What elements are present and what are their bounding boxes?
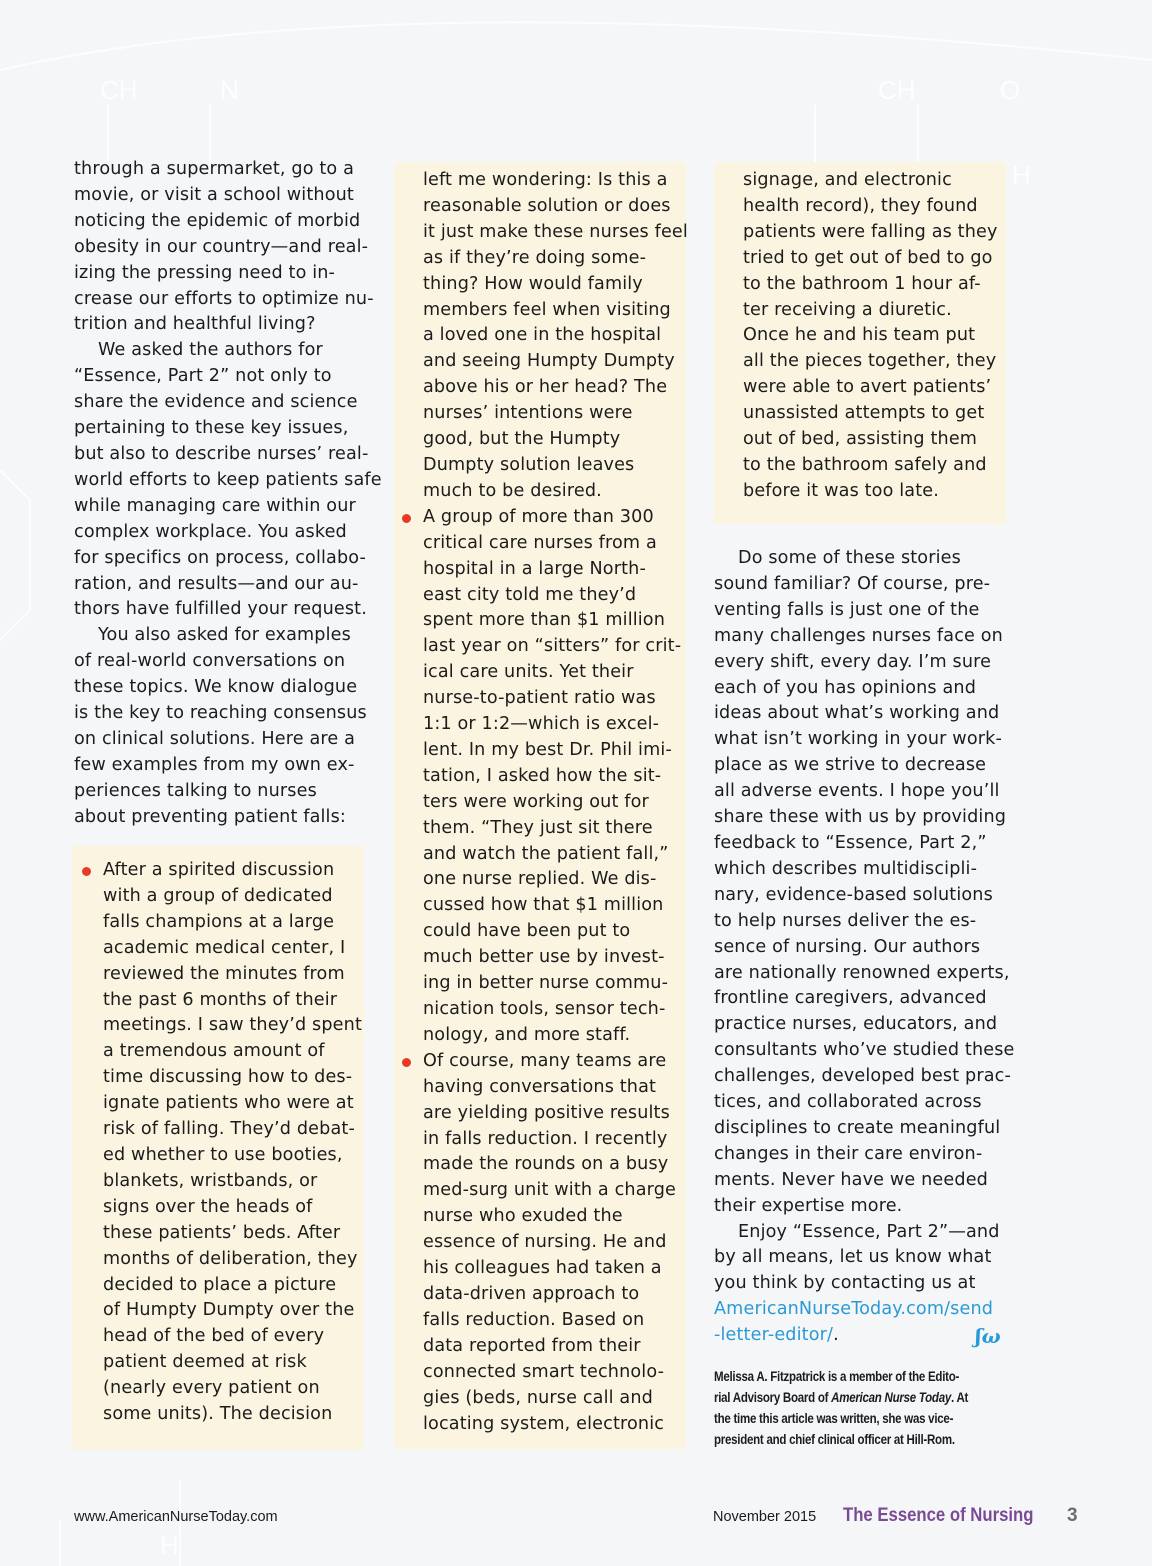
text-line: these topics. We know dialogue bbox=[74, 675, 374, 701]
text-line: complex workplace. You asked bbox=[74, 520, 374, 546]
text-line: meetings. I saw they’d spent bbox=[103, 1013, 363, 1039]
text-line: and seeing Humpty Dumpty bbox=[423, 349, 685, 375]
bullet-item-1: After a spirited discussion with a group… bbox=[103, 858, 363, 1428]
background-label: CH bbox=[100, 75, 138, 106]
text-line: frontline caregivers, advanced bbox=[714, 986, 1014, 1012]
text-line: having conversations that bbox=[423, 1075, 685, 1101]
text-line: one nurse replied. We dis- bbox=[423, 867, 685, 893]
text-line: few examples from my own ex- bbox=[74, 753, 374, 779]
bullet-icon bbox=[82, 867, 91, 876]
text-line: which describes multidiscipli- bbox=[714, 857, 1014, 883]
text-line: nology, and more staff. bbox=[423, 1023, 685, 1049]
text-line: feedback to “Essence, Part 2,” bbox=[714, 831, 1014, 857]
text-line: ration, and results—and our au- bbox=[74, 572, 374, 598]
text-line: nary, evidence-based solutions bbox=[714, 883, 1014, 909]
text-line: every shift, every day. I’m sure bbox=[714, 650, 1014, 676]
text-line: disciplines to create meaningful bbox=[714, 1116, 1014, 1142]
text-line: for specifics on process, collabo- bbox=[74, 546, 374, 572]
text-line: falls reduction. Based on bbox=[423, 1308, 685, 1334]
text-line: After a spirited discussion bbox=[103, 858, 363, 884]
text-line: are yielding positive results bbox=[423, 1101, 685, 1127]
text-line: head of the bed of every bbox=[103, 1324, 363, 1350]
text-line: patient deemed at risk bbox=[103, 1350, 363, 1376]
text-line: Of course, many teams are bbox=[423, 1049, 685, 1075]
text-line: falls champions at a large bbox=[103, 910, 363, 936]
text-line: but also to describe nurses’ real- bbox=[74, 442, 374, 468]
text-line: in falls reduction. I recently bbox=[423, 1127, 685, 1153]
text-line: ical care units. Yet their bbox=[423, 660, 685, 686]
text-line: many challenges nurses face on bbox=[714, 624, 1014, 650]
text-line: changes in their care environ- bbox=[714, 1142, 1014, 1168]
publication-name: American Nurse Today bbox=[831, 1390, 951, 1405]
text-line: noticing the epidemic of morbid bbox=[74, 209, 374, 235]
text-line: spent more than $1 million bbox=[423, 608, 685, 634]
text-line: to help nurses deliver the es- bbox=[714, 909, 1014, 935]
text-line: nurses’ intentions were bbox=[423, 401, 685, 427]
background-label: H bbox=[1012, 160, 1031, 191]
text-line: share these with us by providing bbox=[714, 805, 1014, 831]
text-line: world efforts to keep patients safe bbox=[74, 468, 374, 494]
text-line: to the bathroom 1 hour af- bbox=[743, 272, 1005, 298]
text-line: ters were working out for bbox=[423, 790, 685, 816]
text-line: sound familiar? Of course, pre- bbox=[714, 572, 1014, 598]
text-line: tried to get out of bed to go bbox=[743, 246, 1005, 272]
text-line: nication tools, sensor tech- bbox=[423, 997, 685, 1023]
text-line: members feel when visiting bbox=[423, 298, 685, 324]
text-line: gies (beds, nurse call and bbox=[423, 1386, 685, 1412]
background-label: CH bbox=[878, 75, 916, 106]
text-line: of real-world conversations on bbox=[74, 649, 374, 675]
link-text-line-1[interactable]: AmericanNurseToday.com/send bbox=[714, 1299, 993, 1319]
text-line: the past 6 months of their bbox=[103, 988, 363, 1014]
text-line: all adverse events. I hope you’ll bbox=[714, 779, 1014, 805]
text-line: lent. In my best Dr. Phil imi- bbox=[423, 738, 685, 764]
text-line: unassisted attempts to get bbox=[743, 401, 1005, 427]
text-line: You also asked for examples bbox=[74, 623, 374, 649]
text-line: ter receiving a diuretic. bbox=[743, 298, 1005, 324]
text-line: you think by contacting us at bbox=[714, 1271, 1014, 1297]
column-2-text: left me wondering: Is this a reasonable … bbox=[423, 168, 685, 1437]
text-line: much to be desired. bbox=[423, 479, 685, 505]
text-line: last year on “sitters” for crit- bbox=[423, 634, 685, 660]
text-line: (nearly every patient on bbox=[103, 1376, 363, 1402]
text-line: med-surg unit with a charge bbox=[423, 1178, 685, 1204]
bio-text: . At bbox=[951, 1390, 968, 1405]
text-line: thing? How would family bbox=[423, 272, 685, 298]
text-line: Do some of these stories bbox=[714, 546, 1014, 572]
text-line: share the evidence and science bbox=[74, 390, 374, 416]
text-line: reasonable solution or does bbox=[423, 194, 685, 220]
footer-section-title: The Essence of Nursing bbox=[843, 1505, 1033, 1527]
text-line: 1:1 or 1:2—which is excel- bbox=[423, 712, 685, 738]
text-line: his colleagues had taken a bbox=[423, 1256, 685, 1282]
text-line: a loved one in the hospital bbox=[423, 323, 685, 349]
text-line: ideas about what’s working and bbox=[714, 701, 1014, 727]
text-line: pertaining to these key issues, bbox=[74, 416, 374, 442]
bullet-item-2: A group of more than 300 critical care n… bbox=[423, 505, 685, 1049]
text-line: some units). The decision bbox=[103, 1402, 363, 1428]
text-line: health record), they found bbox=[743, 194, 1005, 220]
author-bio: Melissa A. Fitzpatrick is a member of th… bbox=[714, 1366, 972, 1450]
text-line: tation, I asked how the sit- bbox=[423, 764, 685, 790]
bullet-icon bbox=[402, 1058, 411, 1067]
text-line: consultants who’ve studied these bbox=[714, 1038, 1014, 1064]
text-line: thors have fulfilled your request. bbox=[74, 597, 374, 623]
text-line: ments. Never have we needed bbox=[714, 1168, 1014, 1194]
text-line: data-driven approach to bbox=[423, 1282, 685, 1308]
text-line: signs over the heads of bbox=[103, 1195, 363, 1221]
bio-line: the time this article was written, she w… bbox=[714, 1408, 972, 1429]
end-of-article-mark-icon: ʃω bbox=[975, 1324, 1001, 1348]
background-label: H bbox=[160, 1530, 179, 1561]
text-line: practice nurses, educators, and bbox=[714, 1012, 1014, 1038]
text-line: east city told me they’d bbox=[423, 583, 685, 609]
column-3-text: Do some of these stories sound familiar?… bbox=[714, 546, 1014, 1349]
send-letter-link-continued[interactable]: -letter-editor/ bbox=[714, 1325, 833, 1345]
text-line: with a group of dedicated bbox=[103, 884, 363, 910]
text-line: out of bed, assisting them bbox=[743, 427, 1005, 453]
text-line: to the bathroom safely and bbox=[743, 453, 1005, 479]
text-line: good, but the Humpty bbox=[423, 427, 685, 453]
text-line: on clinical solutions. Here are a bbox=[74, 727, 374, 753]
text-line: them. “They just sit there bbox=[423, 816, 685, 842]
text-line: Enjoy “Essence, Part 2”—and bbox=[714, 1220, 1014, 1246]
text-line: each of you has opinions and bbox=[714, 676, 1014, 702]
text-line: izing the pressing need to in- bbox=[74, 261, 374, 287]
bio-line: president and chief clinical officer at … bbox=[714, 1429, 972, 1450]
text-line: connected smart technolo- bbox=[423, 1360, 685, 1386]
text-line: could have been put to bbox=[423, 919, 685, 945]
text-line: locating system, electronic bbox=[423, 1412, 685, 1438]
text-line: cussed how that $1 million bbox=[423, 893, 685, 919]
page-number: 3 bbox=[1067, 1505, 1078, 1527]
text-line: is the key to reaching consensus bbox=[74, 701, 374, 727]
text-line: ed whether to use booties, bbox=[103, 1143, 363, 1169]
bio-line: rial Advisory Board of American Nurse To… bbox=[714, 1387, 972, 1408]
text-line: decided to place a picture bbox=[103, 1273, 363, 1299]
send-letter-link[interactable]: AmericanNurseToday.com/send bbox=[714, 1297, 1014, 1323]
text-line: challenges, developed best prac- bbox=[714, 1064, 1014, 1090]
text-line: a tremendous amount of bbox=[103, 1039, 363, 1065]
link-text-line-2[interactable]: -letter-editor/ bbox=[714, 1325, 833, 1345]
background-label: N bbox=[220, 75, 239, 106]
text-line: ing in better nurse commu- bbox=[423, 971, 685, 997]
text-line: before it was too late. bbox=[743, 479, 1005, 505]
text-line: as if they’re doing some- bbox=[423, 246, 685, 272]
text-line: nurse-to-patient ratio was bbox=[423, 686, 685, 712]
text-line: what isn’t working in your work- bbox=[714, 727, 1014, 753]
text-line: are nationally renowned experts, bbox=[714, 961, 1014, 987]
text-line: crease our efforts to optimize nu- bbox=[74, 287, 374, 313]
text-line: above his or her head? The bbox=[423, 375, 685, 401]
text-line: Dumpty solution leaves bbox=[423, 453, 685, 479]
text-line: reviewed the minutes from bbox=[103, 962, 363, 988]
bio-line: Melissa A. Fitzpatrick is a member of th… bbox=[714, 1366, 972, 1387]
text-line: venting falls is just one of the bbox=[714, 598, 1014, 624]
text-line: A group of more than 300 bbox=[423, 505, 685, 531]
text-line: of Humpty Dumpty over the bbox=[103, 1298, 363, 1324]
footer-website-link[interactable]: www.AmericanNurseToday.com bbox=[74, 1509, 278, 1525]
text-line: academic medical center, I bbox=[103, 936, 363, 962]
text-line: about preventing patient falls: bbox=[74, 805, 374, 831]
text-line: blankets, wristbands, or bbox=[103, 1169, 363, 1195]
column-1-text: through a supermarket, go to a movie, or… bbox=[74, 157, 374, 831]
text-line: were able to avert patients’ bbox=[743, 375, 1005, 401]
text-line: by all means, let us know what bbox=[714, 1245, 1014, 1271]
bullet-item-3: Of course, many teams are having convers… bbox=[423, 1049, 685, 1438]
bullet-icon bbox=[402, 514, 411, 523]
link-period: . bbox=[833, 1325, 839, 1345]
text-line: their expertise more. bbox=[714, 1194, 1014, 1220]
text-line: ignate patients who were at bbox=[103, 1091, 363, 1117]
text-line: these patients’ beds. After bbox=[103, 1221, 363, 1247]
text-line: We asked the authors for bbox=[74, 338, 374, 364]
text-line: critical care nurses from a bbox=[423, 531, 685, 557]
bio-text: rial Advisory Board of bbox=[714, 1390, 831, 1405]
text-line: risk of falling. They’d debat- bbox=[103, 1117, 363, 1143]
text-line: tices, and collaborated across bbox=[714, 1090, 1014, 1116]
text-line: hospital in a large North- bbox=[423, 557, 685, 583]
text-line: left me wondering: Is this a bbox=[423, 168, 685, 194]
text-line: much better use by invest- bbox=[423, 945, 685, 971]
text-line: all the pieces together, they bbox=[743, 349, 1005, 375]
text-line: time discussing how to des- bbox=[103, 1065, 363, 1091]
text-line: Once he and his team put bbox=[743, 323, 1005, 349]
text-line: “Essence, Part 2” not only to bbox=[74, 364, 374, 390]
text-line: it just make these nurses feel bbox=[423, 220, 685, 246]
text-line: trition and healthful living? bbox=[74, 312, 374, 338]
footer-date: November 2015 bbox=[713, 1509, 816, 1525]
column-3-box-text: signage, and electronic health record), … bbox=[743, 168, 1005, 505]
text-line: and watch the patient fall,” bbox=[423, 842, 685, 868]
text-line: months of deliberation, they bbox=[103, 1247, 363, 1273]
text-line: signage, and electronic bbox=[743, 168, 1005, 194]
text-line: while managing care within our bbox=[74, 494, 374, 520]
text-line: made the rounds on a busy bbox=[423, 1152, 685, 1178]
text-line: essence of nursing. He and bbox=[423, 1230, 685, 1256]
text-line: patients were falling as they bbox=[743, 220, 1005, 246]
text-line: place as we strive to decrease bbox=[714, 753, 1014, 779]
background-label: O bbox=[1000, 75, 1020, 106]
text-line: nurse who exuded the bbox=[423, 1204, 685, 1230]
text-line: through a supermarket, go to a bbox=[74, 157, 374, 183]
text-line: data reported from their bbox=[423, 1334, 685, 1360]
text-line: sence of nursing. Our authors bbox=[714, 935, 1014, 961]
text-line: movie, or visit a school without bbox=[74, 183, 374, 209]
text-line: periences talking to nurses bbox=[74, 779, 374, 805]
text-line: obesity in our country—and real- bbox=[74, 235, 374, 261]
